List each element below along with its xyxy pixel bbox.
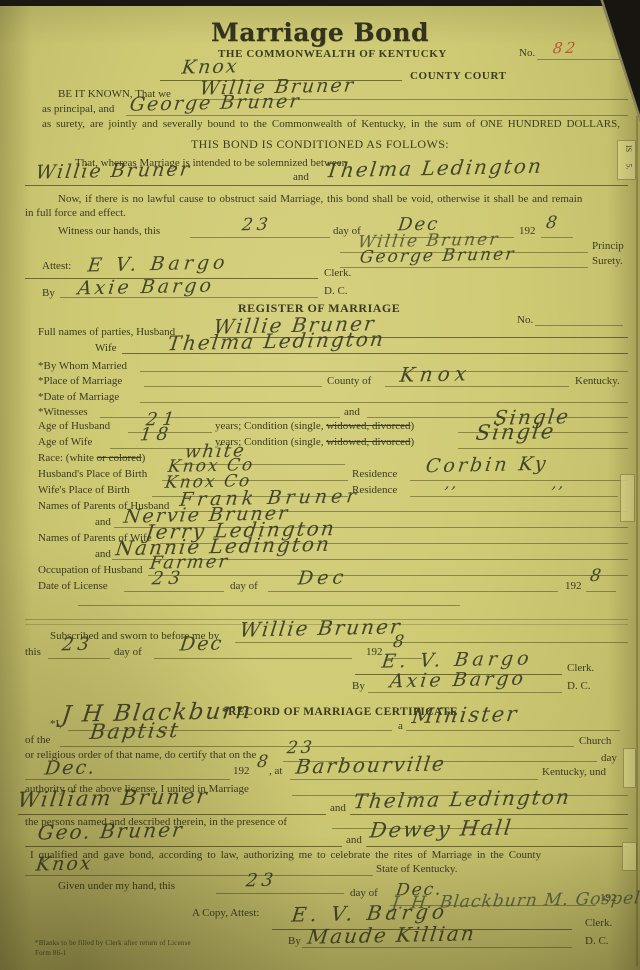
kentucky-under-fragment: Kentucky, und <box>542 766 606 778</box>
ruled-line <box>25 779 230 780</box>
wife-birth-label: Wife's Place of Birth <box>38 484 130 496</box>
page-edge-tab <box>623 748 636 788</box>
dc-label: D. C. <box>324 285 348 297</box>
kentucky-label: Kentucky. <box>575 375 620 387</box>
ruled-line <box>144 386 322 387</box>
condition-struck: widowed, divorced <box>326 436 410 448</box>
ruled-line <box>124 591 224 592</box>
page-edge-tab <box>622 842 637 871</box>
witness-hands-clause: Witness our hands, this <box>58 225 160 237</box>
age-wife-entry: 18 <box>139 426 174 445</box>
age-husband-label: Age of Husband <box>38 420 110 432</box>
ruled-line <box>140 402 628 403</box>
certificate-witness2-entry: Dewey Hall <box>369 818 514 842</box>
bride-name-entry: Thelma Ledington <box>325 156 545 181</box>
ruled-line <box>60 746 574 747</box>
certificate-year-printed: 192 <box>233 765 250 777</box>
minister-title-entry: Minister <box>411 704 520 727</box>
surety-name-entry: George Bruner <box>129 92 302 115</box>
bond-number-value: 82 <box>552 41 579 57</box>
certificate-county-entry: Knox <box>35 854 94 874</box>
condition-prefix: years; Condition (single, <box>215 420 323 432</box>
sworn-month-entry: Dec <box>179 635 225 655</box>
full-names-label: Full names of parties, Husband <box>38 326 175 338</box>
certificate-deputy-signature: Maude Killian <box>307 923 477 947</box>
race-suffix: ) <box>142 452 146 464</box>
year-printed: 192 <box>519 225 536 237</box>
commonwealth-heading: THE COMMONWEALTH OF KENTUCKY <box>218 48 447 60</box>
bond-year-digit: 8 <box>545 215 560 232</box>
wife-condition-entry: Single <box>475 421 557 444</box>
void-clause: Now, if there is no lawful cause to obst… <box>58 193 582 205</box>
day-of-label: day of <box>333 225 361 237</box>
ruled-line <box>122 353 628 354</box>
denomination-entry: Baptist <box>89 720 182 743</box>
residence-label-husband: Residence <box>352 468 397 480</box>
clerk-label: Clerk. <box>324 267 351 279</box>
condition-suffix: ) <box>411 420 415 432</box>
ruled-line <box>60 297 318 298</box>
license-year-digit: 8 <box>589 568 604 585</box>
certificate-and-label: and <box>330 802 346 814</box>
ruled-line <box>18 814 326 815</box>
sworn-deputy-signature: Axie Bargo <box>389 670 527 692</box>
race-prefix: Race: (white <box>38 452 94 464</box>
ruled-line <box>78 605 460 606</box>
sworn-this-label: this <box>25 646 41 658</box>
certificate-bride-entry: Thelma Ledington <box>353 787 573 812</box>
ruled-line <box>458 448 628 449</box>
state-of-kentucky-label: State of Kentucky. <box>376 863 457 875</box>
scanned-document-photo: Marriage Bond THE COMMONWEALTH OF KENTUC… <box>0 0 640 970</box>
and-label: and <box>293 171 309 183</box>
by-whom-married-label: *By Whom Married <box>38 360 127 372</box>
license-day-of-label: day of <box>230 580 258 592</box>
wife-label: Wife <box>95 342 117 354</box>
sworn-year-printed: 192 <box>366 646 383 658</box>
ruled-line <box>350 814 628 815</box>
as-principal-label: as principal, and <box>42 103 114 115</box>
condition-suffix: ) <box>411 436 415 448</box>
photo-background-top <box>0 0 640 6</box>
county-name-entry: Knox <box>181 57 240 77</box>
ruled-line <box>216 893 344 894</box>
race-text: Race: (white or colored) <box>38 452 145 464</box>
certificate-month-entry: Dec. <box>44 758 98 778</box>
given-clause: Given under my hand, this <box>58 880 175 892</box>
edge-fragment-text-2: 5. <box>625 164 634 170</box>
county-of-label: County of <box>327 375 371 387</box>
ruled-line <box>126 115 628 116</box>
page-edge-tab <box>620 474 635 522</box>
church-label: Church <box>579 735 611 747</box>
surety-signature: George Bruner <box>359 246 517 266</box>
ruled-line <box>148 575 628 576</box>
license-month-entry: Dec <box>297 568 349 588</box>
given-day-of-label: day of <box>350 887 378 899</box>
condition-struck: widowed, divorced <box>326 420 410 432</box>
conditioned-heading: THIS BOND IS CONDITIONED AS FOLLOWS: <box>0 138 640 151</box>
sworn-clerk-label: Clerk. <box>567 662 594 674</box>
document-title: Marriage Bond <box>0 18 640 47</box>
certificate-by-label: By <box>288 935 301 947</box>
husband-birth-label: Husband's Place of Birth <box>38 468 147 480</box>
void-clause-2: in full force and effect. <box>25 207 126 219</box>
ruled-line <box>406 730 620 731</box>
age-wife-label: Age of Wife <box>38 436 92 448</box>
qualified-clause: I qualified and gave bond, according to … <box>30 849 541 861</box>
sworn-by-label: By <box>352 680 365 692</box>
footnote-text: *Blanks to be filled by Clerk after retu… <box>35 940 191 948</box>
witnesses-and-label-2: and <box>346 834 362 846</box>
license-label: Date of License <box>38 580 108 592</box>
deputy-clerk-signature: Axie Bargo <box>77 277 215 299</box>
page-edge-line <box>636 116 638 966</box>
ruled-line <box>368 692 562 693</box>
marriage-place-entry: Barbourville <box>295 753 448 776</box>
ruled-line <box>235 642 628 643</box>
certificate-dc-label: D. C. <box>585 935 609 947</box>
at-label: , at <box>269 765 282 777</box>
certificate-clerk-signature: E. V. Bargo <box>291 901 450 924</box>
ruled-line <box>302 947 572 948</box>
wife-name-entry: Thelma Ledington <box>167 329 387 354</box>
by-label: By <box>42 287 55 299</box>
marriage-county-entry: Knox <box>399 363 473 384</box>
sworn-dc-label: D. C. <box>567 680 591 692</box>
marriage-bond-document: Marriage Bond THE COMMONWEALTH OF KENTUC… <box>0 6 640 970</box>
ruled-line <box>48 658 110 659</box>
ruled-line <box>410 496 618 497</box>
ruled-line <box>25 846 342 847</box>
edge-fragment-text-1: IS <box>624 145 633 152</box>
of-the-label: of the <box>25 734 50 746</box>
ruled-line <box>535 325 623 326</box>
principal-label: Princip <box>592 240 624 252</box>
ruled-line <box>140 371 628 372</box>
copy-attest-label: A Copy, Attest: <box>192 907 259 919</box>
given-day-entry: 23 <box>245 872 278 891</box>
date-of-marriage-label: *Date of Marriage <box>38 391 119 403</box>
parents-wife-and: and <box>95 548 111 560</box>
witnesses-and-label: and <box>344 406 360 418</box>
county-court-label: COUNTY COURT <box>410 70 507 82</box>
sworn-day-of-label: day of <box>114 646 142 658</box>
wife-residence-ditto-1: ,, <box>444 476 459 491</box>
ruled-line <box>25 875 373 876</box>
sworn-year-digit: 8 <box>392 634 407 651</box>
attest-label: Attest: <box>42 260 71 272</box>
certificate-groom-entry: William Bruner <box>16 786 209 811</box>
ruled-line <box>340 267 588 268</box>
sworn-name-entry: Willie Bruner <box>239 616 403 639</box>
bond-number-label: No. <box>519 47 535 59</box>
ruled-line <box>366 846 628 847</box>
place-of-marriage-label: *Place of Marriage <box>38 375 122 387</box>
sworn-day-entry: 23 <box>61 636 94 655</box>
occupation-label: Occupation of Husband <box>38 564 142 576</box>
license-year-printed: 192 <box>565 580 582 592</box>
clerk-signature: E V. Bargo <box>87 254 230 276</box>
groom-name-entry: Willie Bruner <box>35 160 192 182</box>
day-label: day <box>601 752 617 764</box>
ruled-line <box>290 779 538 780</box>
witnesses-label: *Witnesses <box>38 406 88 418</box>
ruled-line <box>537 59 625 60</box>
license-day-entry: 23 <box>151 570 186 589</box>
ruled-line <box>541 237 573 238</box>
ruled-line <box>410 480 628 481</box>
surety-label: Surety. <box>592 255 623 267</box>
husband-residence-entry: Corbin Ky <box>425 455 550 477</box>
ruled-line <box>154 658 352 659</box>
certificate-witness1-entry: Geo. Bruner <box>37 819 185 842</box>
wife-residence-ditto-2: ,, <box>551 476 566 491</box>
race-struck: or colored <box>97 452 142 464</box>
surety-clause: as surety, are jointly and severally bou… <box>42 118 620 130</box>
parents-husband-and: and <box>95 516 111 528</box>
bond-day-entry: 23 <box>241 217 273 235</box>
ruled-line <box>190 237 330 238</box>
a-label: a <box>398 720 403 732</box>
ruled-line <box>25 185 628 186</box>
condition-husband-text: years; Condition (single, widowed, divor… <box>215 420 414 432</box>
form-number: Form 86-1 <box>35 950 67 958</box>
register-no-label: No. <box>517 314 533 326</box>
certificate-clerk-label: Clerk. <box>585 917 612 929</box>
ruled-line <box>268 591 558 592</box>
ruled-line <box>586 591 616 592</box>
ruled-line <box>100 417 340 418</box>
